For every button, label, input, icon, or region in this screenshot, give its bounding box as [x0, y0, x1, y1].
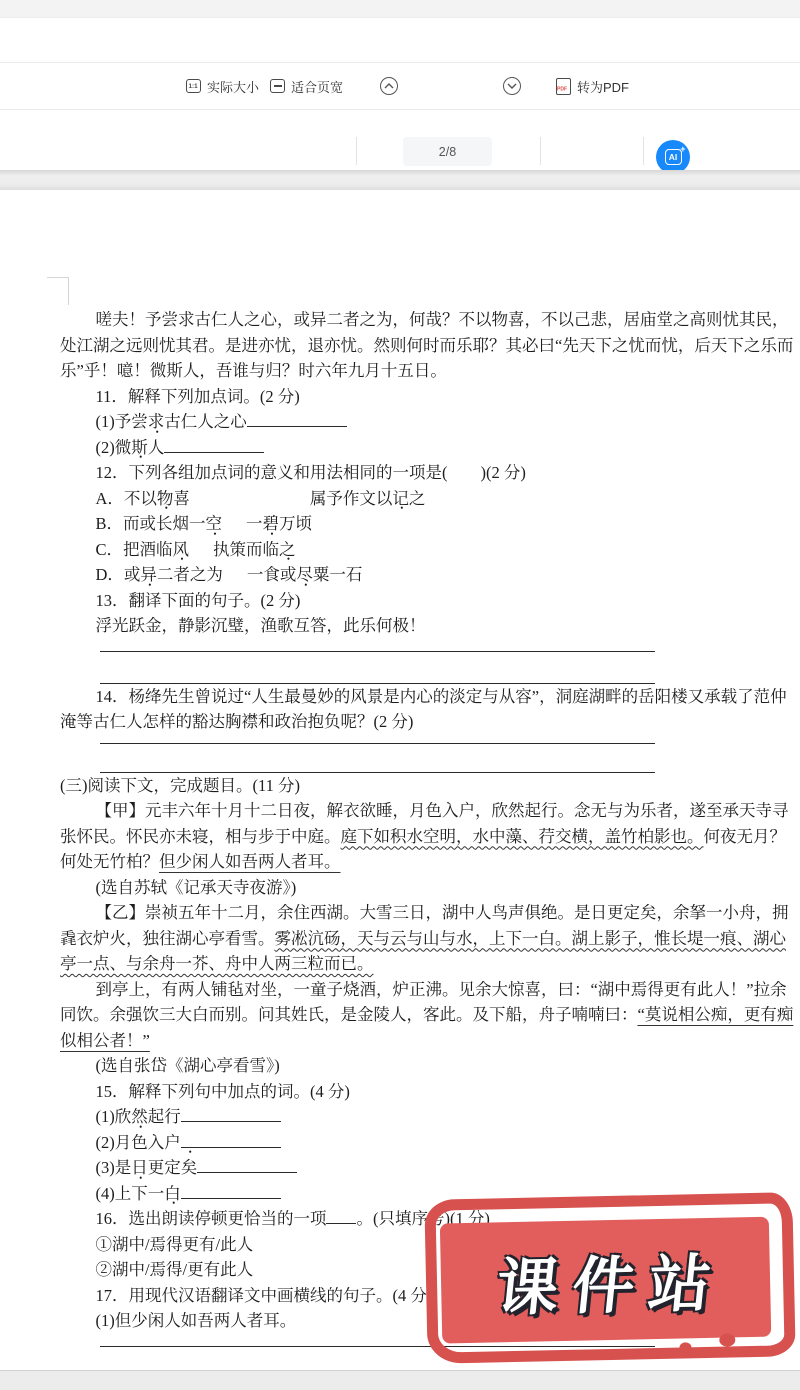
fit-width-icon: [270, 79, 285, 93]
convert-to-pdf-label: 转为PDF: [577, 77, 629, 96]
doc-line: 12．下列各组加点词的意义和用法相同的一项是( )(2 分): [60, 460, 798, 486]
pdf-page: 嗟夫！予尝求古仁人之心，或异二者之为，何哉？不以物喜，不以己悲，居庙堂之高则忧其…: [0, 190, 800, 1370]
doc-line: C．把酒临风执策而临之: [60, 537, 798, 563]
doc-line: 到亭上，有两人铺毡对坐，一童子烧酒，炉正沸。见余大惊喜，曰：“湖中焉得更有此人！…: [60, 977, 798, 1054]
doc-line: 【乙】崇祯五年十二月，余住西湖。大雪三日，湖中人鸟声俱绝。是日更定矣，余拏一小舟…: [60, 900, 798, 977]
actual-size-icon: 1:1: [186, 79, 201, 93]
chevron-down-icon: [503, 77, 521, 95]
doc-line: 15．解释下列句中加点的词。(4 分): [60, 1079, 798, 1105]
ai-icon: AI +: [665, 149, 682, 165]
document-content: 嗟夫！予尝求古仁人之心，或异二者之为，何哉？不以物喜，不以己悲，居庙堂之高则忧其…: [0, 190, 800, 1347]
pdf-file-icon: PDF: [556, 78, 571, 95]
convert-to-pdf-button[interactable]: PDF 转为PDF: [556, 63, 629, 109]
page-indicator-value: 2/8: [439, 145, 456, 159]
doc-line: B．而或长烟一空一碧万顷: [60, 511, 798, 537]
doc-line: A．不以物喜属予作文以记之: [60, 486, 798, 512]
toolbar-divider: [643, 137, 644, 165]
fit-width-button[interactable]: 适合页宽: [270, 63, 343, 109]
ai-assistant-button[interactable]: AI +: [656, 140, 690, 174]
doc-line: 【甲】元丰六年十月十二日夜，解衣欲睡，月色入户，欣然起行。念无与为乐者，遂至承天…: [60, 798, 798, 875]
actual-size-label: 实际大小: [207, 77, 259, 96]
window-top-strip: [0, 0, 800, 18]
toolbar-divider: [356, 137, 357, 165]
answer-line: [100, 735, 655, 744]
doc-line: (1)欣然起行: [60, 1104, 798, 1130]
doc-line: 14．杨绛先生曾说过“人生最曼妙的风景是内心的淡定与从容”，洞庭湖畔的岳阳楼又承…: [60, 684, 798, 735]
page-corner-mark: [47, 277, 69, 305]
chevron-up-icon: [380, 77, 398, 95]
doc-line: (3)是日更定矣: [60, 1155, 798, 1181]
doc-line: 浮光跃金，静影沉璧，渔歌互答，此乐何极！: [60, 613, 798, 639]
doc-line: (选自苏轼《记承天寺夜游》): [60, 875, 798, 901]
doc-line: 11．解释下列加点词。(2 分): [60, 384, 798, 410]
actual-size-button[interactable]: 1:1 实际大小: [186, 63, 259, 109]
stamp-text: 课件站: [481, 1233, 730, 1327]
toolbar-divider: [540, 137, 541, 165]
fit-width-label: 适合页宽: [291, 77, 343, 96]
page-gap-band: [0, 170, 800, 190]
answer-line: [100, 652, 655, 684]
answer-line: [100, 639, 655, 652]
watermark-stamp: 课件站: [424, 1192, 795, 1364]
doc-line: (2)微斯人: [60, 435, 798, 461]
window-bottom-strip: [0, 1370, 800, 1390]
doc-line: 13．翻译下面的句子。(2 分): [60, 588, 798, 614]
answer-line: [100, 744, 655, 773]
doc-line: (1)予尝求古仁人之心: [60, 409, 798, 435]
doc-line: 嗟夫！予尝求古仁人之心，或异二者之为，何哉？不以物喜，不以己悲，居庙堂之高则忧其…: [60, 307, 798, 384]
doc-line: (2)月色入户: [60, 1130, 798, 1156]
doc-line: D．或异二者之为一食或尽粟一石: [60, 562, 798, 588]
pdf-viewer-toolbar: 1:1 实际大小 适合页宽 2/8 PDF 转为PDF AI +: [0, 62, 800, 110]
stamp-inner: 课件站: [440, 1217, 771, 1344]
doc-line: (选自张岱《湖心亭看雪》): [60, 1053, 798, 1079]
next-page-button[interactable]: [503, 63, 521, 109]
doc-line: (三)阅读下文，完成题目。(11 分): [60, 773, 798, 799]
previous-page-button[interactable]: [380, 63, 398, 109]
page-indicator[interactable]: 2/8: [403, 137, 492, 166]
